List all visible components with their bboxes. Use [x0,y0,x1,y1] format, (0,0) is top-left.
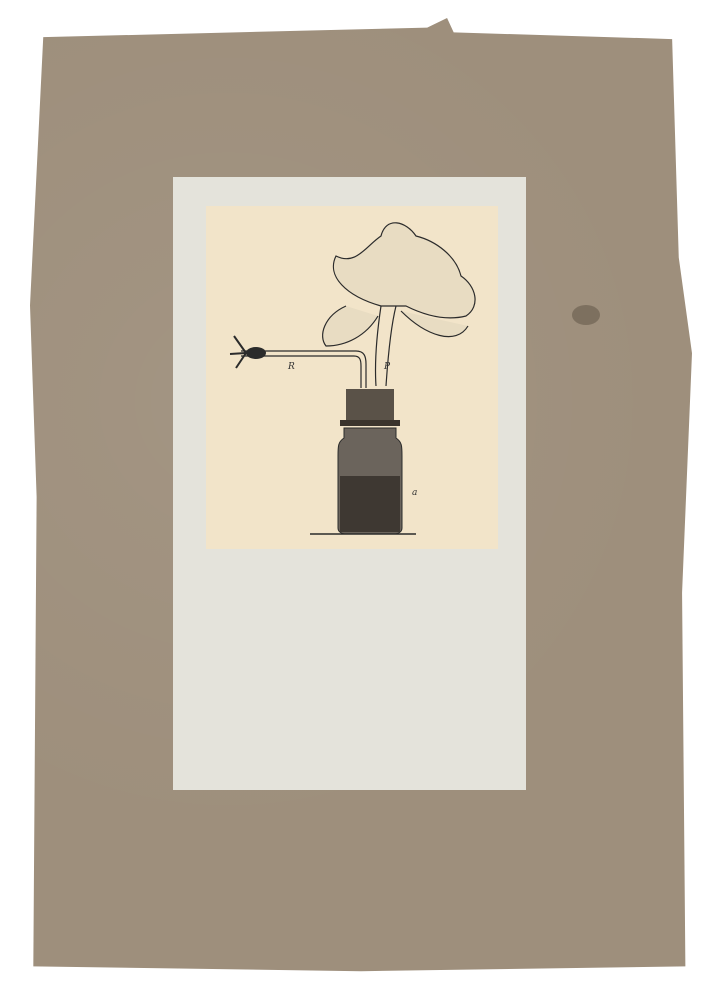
label-p: P [384,362,390,372]
stain-spot [572,305,600,325]
label-a: a [412,488,417,498]
engraving-print: R P a [206,206,498,549]
label-r: R [288,362,295,372]
plant-bottle-illustration [206,206,498,549]
